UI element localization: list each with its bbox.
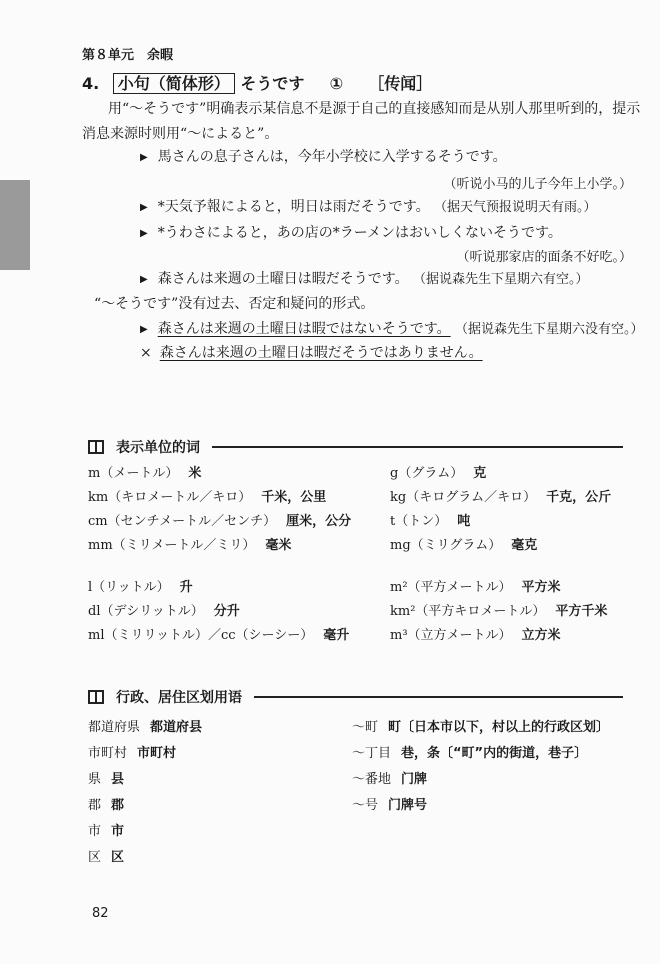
admin-term-row: 都道府県都道府县 bbox=[88, 716, 202, 735]
admin-term-row: ～町町〔日本市以下，村以上的行政区划〕 bbox=[352, 716, 609, 735]
book-icon bbox=[88, 690, 104, 704]
section-divider bbox=[212, 446, 623, 448]
admin-term-row: ～番地门牌 bbox=[352, 768, 427, 787]
triangle-bullet-icon: ▶ bbox=[140, 152, 148, 163]
example-text: 森さんは来週の土曜日は暇だそうです。 bbox=[158, 271, 409, 287]
example-translation: （听说小马的儿子今年上小学。） bbox=[443, 173, 632, 192]
triangle-bullet-icon: ▶ bbox=[140, 274, 148, 285]
example-sentence: ▶馬さんの息子さんは，今年小学校に入学するそうです。 bbox=[140, 146, 507, 166]
example-translation: （据说森先生下星期六没有空。） bbox=[455, 322, 644, 337]
example-text: 森さんは来週の土曜日は暇だそうではありません。 bbox=[160, 345, 483, 361]
section-divider bbox=[254, 696, 623, 698]
units-section-header: 表示单位的词 bbox=[88, 437, 623, 457]
explanation-line-1: 用“～そうです”明确表示某信息不是源于自己的直接感知而是从别人那里听到的，提示 bbox=[108, 98, 640, 118]
unit-row: km²（平方キロメートル）平方千米 bbox=[390, 600, 607, 619]
chapter-side-tab bbox=[0, 180, 30, 270]
example-sentence: ▶*うわさによると，あの店の*ラーメンはおいしくないそうです。 bbox=[140, 222, 562, 242]
unit-row: m（メートル）米 bbox=[88, 462, 201, 481]
explanation-line-2: 消息来源时则用“～によると”。 bbox=[82, 123, 278, 143]
unit-row: l（リットル）升 bbox=[88, 576, 193, 595]
admin-section-header: 行政、居住区划用语 bbox=[88, 687, 623, 707]
unit-row: km（キロメートル／キロ）千米，公里 bbox=[88, 486, 326, 505]
admin-term-row: 郡郡 bbox=[88, 794, 124, 813]
admin-term-row: 市町村市町村 bbox=[88, 742, 176, 761]
grammar-form-box: 小句（简体形） bbox=[113, 73, 235, 94]
unit-row: m³（立方メートル）立方米 bbox=[390, 624, 561, 643]
admin-term-row: 県县 bbox=[88, 768, 124, 787]
triangle-bullet-icon: ▶ bbox=[140, 324, 148, 335]
book-icon bbox=[88, 440, 104, 454]
example-text: 馬さんの息子さんは，今年小学校に入学するそうです。 bbox=[158, 149, 507, 165]
unit-row: kg（キログラム／キロ）千克，公斤 bbox=[390, 486, 611, 505]
negative-example: ▶森さんは来週の土曜日は暇ではないそうです。 （据说森先生下星期六没有空。） bbox=[140, 318, 644, 338]
cross-mark-icon: × bbox=[140, 345, 152, 361]
grammar-note: “～そうです”没有过去、否定和疑问的形式。 bbox=[94, 293, 374, 313]
triangle-bullet-icon: ▶ bbox=[140, 202, 148, 213]
example-sentence: ▶*天気予報によると，明日は雨だそうです。 （据天气预报说明天有雨。） bbox=[140, 196, 597, 216]
unit-row: mm（ミリメートル／ミリ）毫米 bbox=[88, 534, 291, 553]
incorrect-example: ×森さんは来週の土曜日は暇だそうではありません。 bbox=[140, 342, 483, 362]
unit-row: cm（センチメートル／センチ）厘米，公分 bbox=[88, 510, 351, 529]
example-text: 森さんは来週の土曜日は暇ではないそうです。 bbox=[158, 321, 451, 337]
grammar-pattern: そうです bbox=[240, 74, 304, 93]
example-text: *うわさによると，あの店の*ラーメンはおいしくないそうです。 bbox=[158, 225, 562, 241]
example-translation: （据说森先生下星期六有空。） bbox=[413, 272, 589, 287]
admin-term-row: 区区 bbox=[88, 846, 124, 865]
section-title: 表示单位的词 bbox=[116, 437, 200, 457]
grammar-tag: ［传闻］ bbox=[368, 74, 432, 93]
unit-row: m²（平方メートル）平方米 bbox=[390, 576, 561, 595]
example-sentence: ▶森さんは来週の土曜日は暇だそうです。 （据说森先生下星期六有空。） bbox=[140, 268, 589, 288]
grammar-number: 4. bbox=[82, 74, 99, 93]
example-translation: （听说那家店的面条不好吃。） bbox=[456, 246, 632, 265]
unit-row: dl（デシリットル）分升 bbox=[88, 600, 240, 619]
page-number: 82 bbox=[92, 906, 109, 921]
admin-term-row: 市市 bbox=[88, 820, 124, 839]
grammar-circle-number: ① bbox=[330, 74, 344, 93]
admin-term-row: ～号门牌号 bbox=[352, 794, 427, 813]
section-title: 行政、居住区划用语 bbox=[116, 687, 242, 707]
unit-header: 第８单元 余暇 bbox=[82, 44, 173, 63]
admin-term-row: ～丁目巷，条〔“町”内的街道，巷子〕 bbox=[352, 742, 587, 761]
unit-row: mg（ミリグラム）毫克 bbox=[390, 534, 537, 553]
triangle-bullet-icon: ▶ bbox=[140, 228, 148, 239]
grammar-title: 4. 小句（简体形） そうです ① ［传闻］ bbox=[82, 71, 432, 94]
example-translation: （据天气预报说明天有雨。） bbox=[434, 200, 597, 215]
unit-row: ml（ミリリットル）／cc（シーシー）毫升 bbox=[88, 624, 349, 643]
unit-row: t（トン）吨 bbox=[390, 510, 470, 529]
example-text: *天気予報によると，明日は雨だそうです。 bbox=[158, 199, 430, 215]
unit-row: g（グラム）克 bbox=[390, 462, 486, 481]
